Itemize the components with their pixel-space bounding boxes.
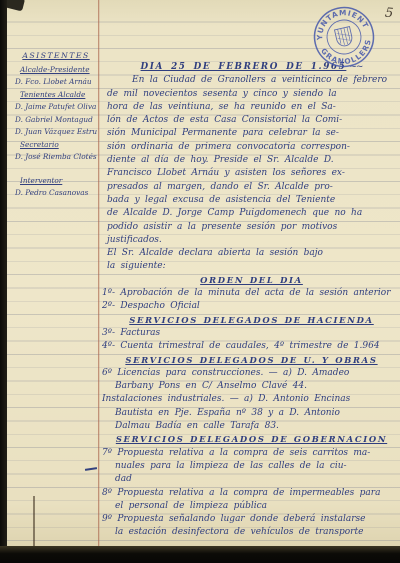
manuscript-line-text: hora de las veintiuna, se ha reunido en … bbox=[107, 102, 336, 112]
manuscript-line-text: sión ordinaria de primera convocatoria c… bbox=[107, 142, 350, 152]
manuscript-line: 2º- Despacho Oficial bbox=[102, 300, 400, 313]
attendees-column: ASISTENTES Alcalde-Presidente D. Fco. Ll… bbox=[15, 50, 97, 200]
manuscript-line-text: la estación desinfectora de vehículos de… bbox=[115, 527, 363, 537]
attendee-text: D. Jaime Patufet Oliva bbox=[15, 102, 96, 111]
manuscript-line: lón de Actos de esta Casa Consistorial l… bbox=[102, 114, 400, 127]
manuscript-line: 9º Propuesta señalando lugar donde deber… bbox=[102, 513, 400, 526]
attendees-list: Alcalde-Presidente D. Fco. Llobet Arnáu … bbox=[15, 64, 97, 200]
manuscript-line: 3º- Facturas bbox=[102, 327, 400, 340]
stamp-shield bbox=[335, 27, 354, 48]
manuscript-line: Bautista en Pje. España nº 38 y a D. Ant… bbox=[102, 407, 400, 420]
manuscript-line: de mil novecientos sesenta y cinco y sie… bbox=[102, 88, 400, 101]
attendee-text: D. Fco. Llobet Arnáu bbox=[15, 77, 92, 86]
manuscript-line: 4º- Cuenta trimestral de caudales, 4º tr… bbox=[102, 340, 400, 353]
manuscript-line-text: Barbany Pons en C/ Anselmo Clavé 44. bbox=[115, 381, 307, 391]
manuscript-line: la estación desinfectora de vehículos de… bbox=[102, 526, 400, 539]
date-heading: DIA 25 DE FEBRERO DE 1.965 bbox=[141, 62, 347, 72]
manuscript-line: 8º Propuesta relativa a la compra de imp… bbox=[102, 487, 400, 500]
attendee-entry: D. Gabriel Montagud bbox=[15, 114, 97, 127]
manuscript-line: diente al día de hoy. Preside el Sr. Alc… bbox=[102, 154, 400, 167]
attendee-entry: Tenientes Alcalde bbox=[15, 89, 97, 102]
attendee-entry: D. José Riemba Clotés bbox=[15, 151, 97, 164]
manuscript-line-text: Dalmau Badía en calle Tarafa 83. bbox=[115, 421, 279, 431]
manuscript-line: 7º Propuesta relativa a la compra de sei… bbox=[102, 447, 400, 460]
manuscript-line-text: Instalaciones industriales. — a) D. Anto… bbox=[102, 394, 350, 404]
scanned-minutes-photo: ASISTENTES Alcalde-Presidente D. Fco. Ll… bbox=[0, 0, 400, 563]
manuscript-line-text: 6º Licencias para construcciones. — a) D… bbox=[102, 368, 349, 378]
photo-border-left bbox=[0, 0, 7, 563]
attendee-text: D. Pedro Casanovas bbox=[15, 188, 88, 197]
attendee-entry: D. Fco. Llobet Arnáu bbox=[15, 76, 97, 89]
manuscript-line: SERVICIOS DELEGADOS DE HACIENDA bbox=[102, 314, 400, 327]
page-number: 5 bbox=[384, 6, 394, 22]
manuscript-line: bada y legal excusa de asistencia del Te… bbox=[102, 194, 400, 207]
document-page: ASISTENTES Alcalde-Presidente D. Fco. Ll… bbox=[7, 0, 400, 547]
manuscript-line: sión Municipal Permanente para celebrar … bbox=[102, 127, 400, 140]
manuscript-line-text: 7º Propuesta relativa a la compra de sei… bbox=[102, 448, 370, 458]
manuscript-body: DIA 25 DE FEBRERO DE 1.965~~ En la Ciuda… bbox=[102, 61, 400, 540]
manuscript-line: la siguiente: bbox=[102, 260, 400, 273]
manuscript-line-text: Bautista en Pje. España nº 38 y a D. Ant… bbox=[115, 408, 340, 418]
manuscript-line-text: lón de Actos de esta Casa Consistorial l… bbox=[107, 115, 342, 125]
manuscript-line: dad bbox=[102, 473, 400, 486]
manuscript-line-text: diente al día de hoy. Preside el Sr. Alc… bbox=[107, 155, 334, 165]
manuscript-line-text: ORDEN DEL DIA bbox=[200, 275, 303, 285]
manuscript-line-text: nuales para la limpieza de las calles de… bbox=[115, 461, 347, 471]
manuscript-line-text: bada y legal excusa de asistencia del Te… bbox=[107, 195, 335, 205]
attendee-entry: Secretario bbox=[15, 139, 97, 152]
manuscript-line: El Sr. Alcalde declara abierta la sesión… bbox=[102, 247, 400, 260]
manuscript-line: Dalmau Badía en calle Tarafa 83. bbox=[102, 420, 400, 433]
attendee-entry: Alcalde-Presidente bbox=[15, 64, 97, 77]
manuscript-line: En la Ciudad de Granollers a veinticinco… bbox=[102, 74, 400, 87]
attendees-title: ASISTENTES bbox=[15, 50, 97, 63]
manuscript-line-text: de mil novecientos sesenta y cinco y sie… bbox=[107, 89, 337, 99]
page-crease bbox=[33, 496, 35, 547]
manuscript-line-text: justificados. bbox=[107, 235, 162, 245]
manuscript-line: SERVICIOS DELEGADOS DE U. Y OBRAS bbox=[102, 354, 400, 367]
attendee-text: D. Gabriel Montagud bbox=[15, 115, 93, 124]
manuscript-line-text: SERVICIOS DELEGADOS DE U. Y OBRAS bbox=[125, 355, 377, 365]
manuscript-line-text: de Alcalde D. Jorge Camp Puigdomenech qu… bbox=[107, 208, 362, 218]
manuscript-line-text: presados al margen, dando el Sr. Alcalde… bbox=[107, 182, 333, 192]
manuscript-line: SERVICIOS DELEGADOS DE GOBERNACION bbox=[102, 433, 400, 446]
manuscript-line: el personal de limpieza pública bbox=[102, 500, 400, 513]
attendee-entry: Interventor bbox=[15, 175, 97, 188]
manuscript-line-text: 1º- Aprobación de la minuta del acta de … bbox=[102, 288, 391, 298]
manuscript-line: de Alcalde D. Jorge Camp Puigdomenech qu… bbox=[102, 207, 400, 220]
manuscript-line: ORDEN DEL DIA bbox=[102, 274, 400, 287]
manuscript-line-text: podido asistir a la presente sesión por … bbox=[107, 222, 337, 232]
attendee-entry: D. Juan Vázquez Estruch bbox=[15, 126, 97, 139]
manuscript-line: presados al margen, dando el Sr. Alcalde… bbox=[102, 181, 400, 194]
attendee-text: Secretario bbox=[20, 140, 59, 149]
manuscript-lines: En la Ciudad de Granollers a veinticinco… bbox=[102, 74, 400, 539]
manuscript-line: nuales para la limpieza de las calles de… bbox=[102, 460, 400, 473]
manuscript-line-text: dad bbox=[115, 474, 132, 484]
attendee-entry: D. Pedro Casanovas bbox=[15, 187, 97, 200]
manuscript-line: Francisco Llobet Arnáu y asisten los señ… bbox=[102, 167, 400, 180]
margin-rule-line bbox=[98, 0, 99, 547]
attendee-text: D. José Riemba Clotés bbox=[15, 152, 97, 161]
manuscript-line: hora de las veintiuna, se ha reunido en … bbox=[102, 101, 400, 114]
manuscript-line-text: 4º- Cuenta trimestral de caudales, 4º tr… bbox=[102, 341, 380, 351]
attendee-text: Alcalde-Presidente bbox=[20, 65, 90, 74]
manuscript-line: sión ordinaria de primera convocatoria c… bbox=[102, 141, 400, 154]
attendee-text: Interventor bbox=[20, 176, 62, 185]
manuscript-line: 1º- Aprobación de la minuta del acta de … bbox=[102, 287, 400, 300]
manuscript-line-text: En la Ciudad de Granollers a veinticinco… bbox=[132, 75, 387, 85]
manuscript-line-text: 9º Propuesta señalando lugar donde deber… bbox=[102, 514, 366, 524]
manuscript-line-text: SERVICIOS DELEGADOS DE HACIENDA bbox=[129, 315, 374, 325]
manuscript-line-text: Francisco Llobet Arnáu y asisten los señ… bbox=[107, 168, 345, 178]
manuscript-line: justificados. bbox=[102, 234, 400, 247]
attendee-text: Tenientes Alcalde bbox=[20, 90, 85, 99]
manuscript-line: Barbany Pons en C/ Anselmo Clavé 44. bbox=[102, 380, 400, 393]
manuscript-line: 6º Licencias para construcciones. — a) D… bbox=[102, 367, 400, 380]
manuscript-line: podido asistir a la presente sesión por … bbox=[102, 221, 400, 234]
manuscript-line-text: 2º- Despacho Oficial bbox=[102, 301, 200, 311]
manuscript-line-text: El Sr. Alcalde declara abierta la sesión… bbox=[107, 248, 323, 258]
manuscript-line-text: sión Municipal Permanente para celebrar … bbox=[107, 128, 339, 138]
attendee-entry: D. Jaime Patufet Oliva bbox=[15, 101, 97, 114]
manuscript-line: Instalaciones industriales. — a) D. Anto… bbox=[102, 393, 400, 406]
manuscript-line-text: SERVICIOS DELEGADOS DE GOBERNACION bbox=[116, 434, 387, 444]
attendee-text: D. Juan Vázquez Estruch bbox=[15, 127, 97, 136]
photo-border-bottom bbox=[0, 546, 400, 563]
manuscript-line-text: la siguiente: bbox=[107, 261, 166, 271]
manuscript-line-text: 8º Propuesta relativa a la compra de imp… bbox=[102, 488, 380, 498]
manuscript-line-text: el personal de limpieza pública bbox=[115, 501, 267, 511]
manuscript-line-text: 3º- Facturas bbox=[102, 328, 160, 338]
